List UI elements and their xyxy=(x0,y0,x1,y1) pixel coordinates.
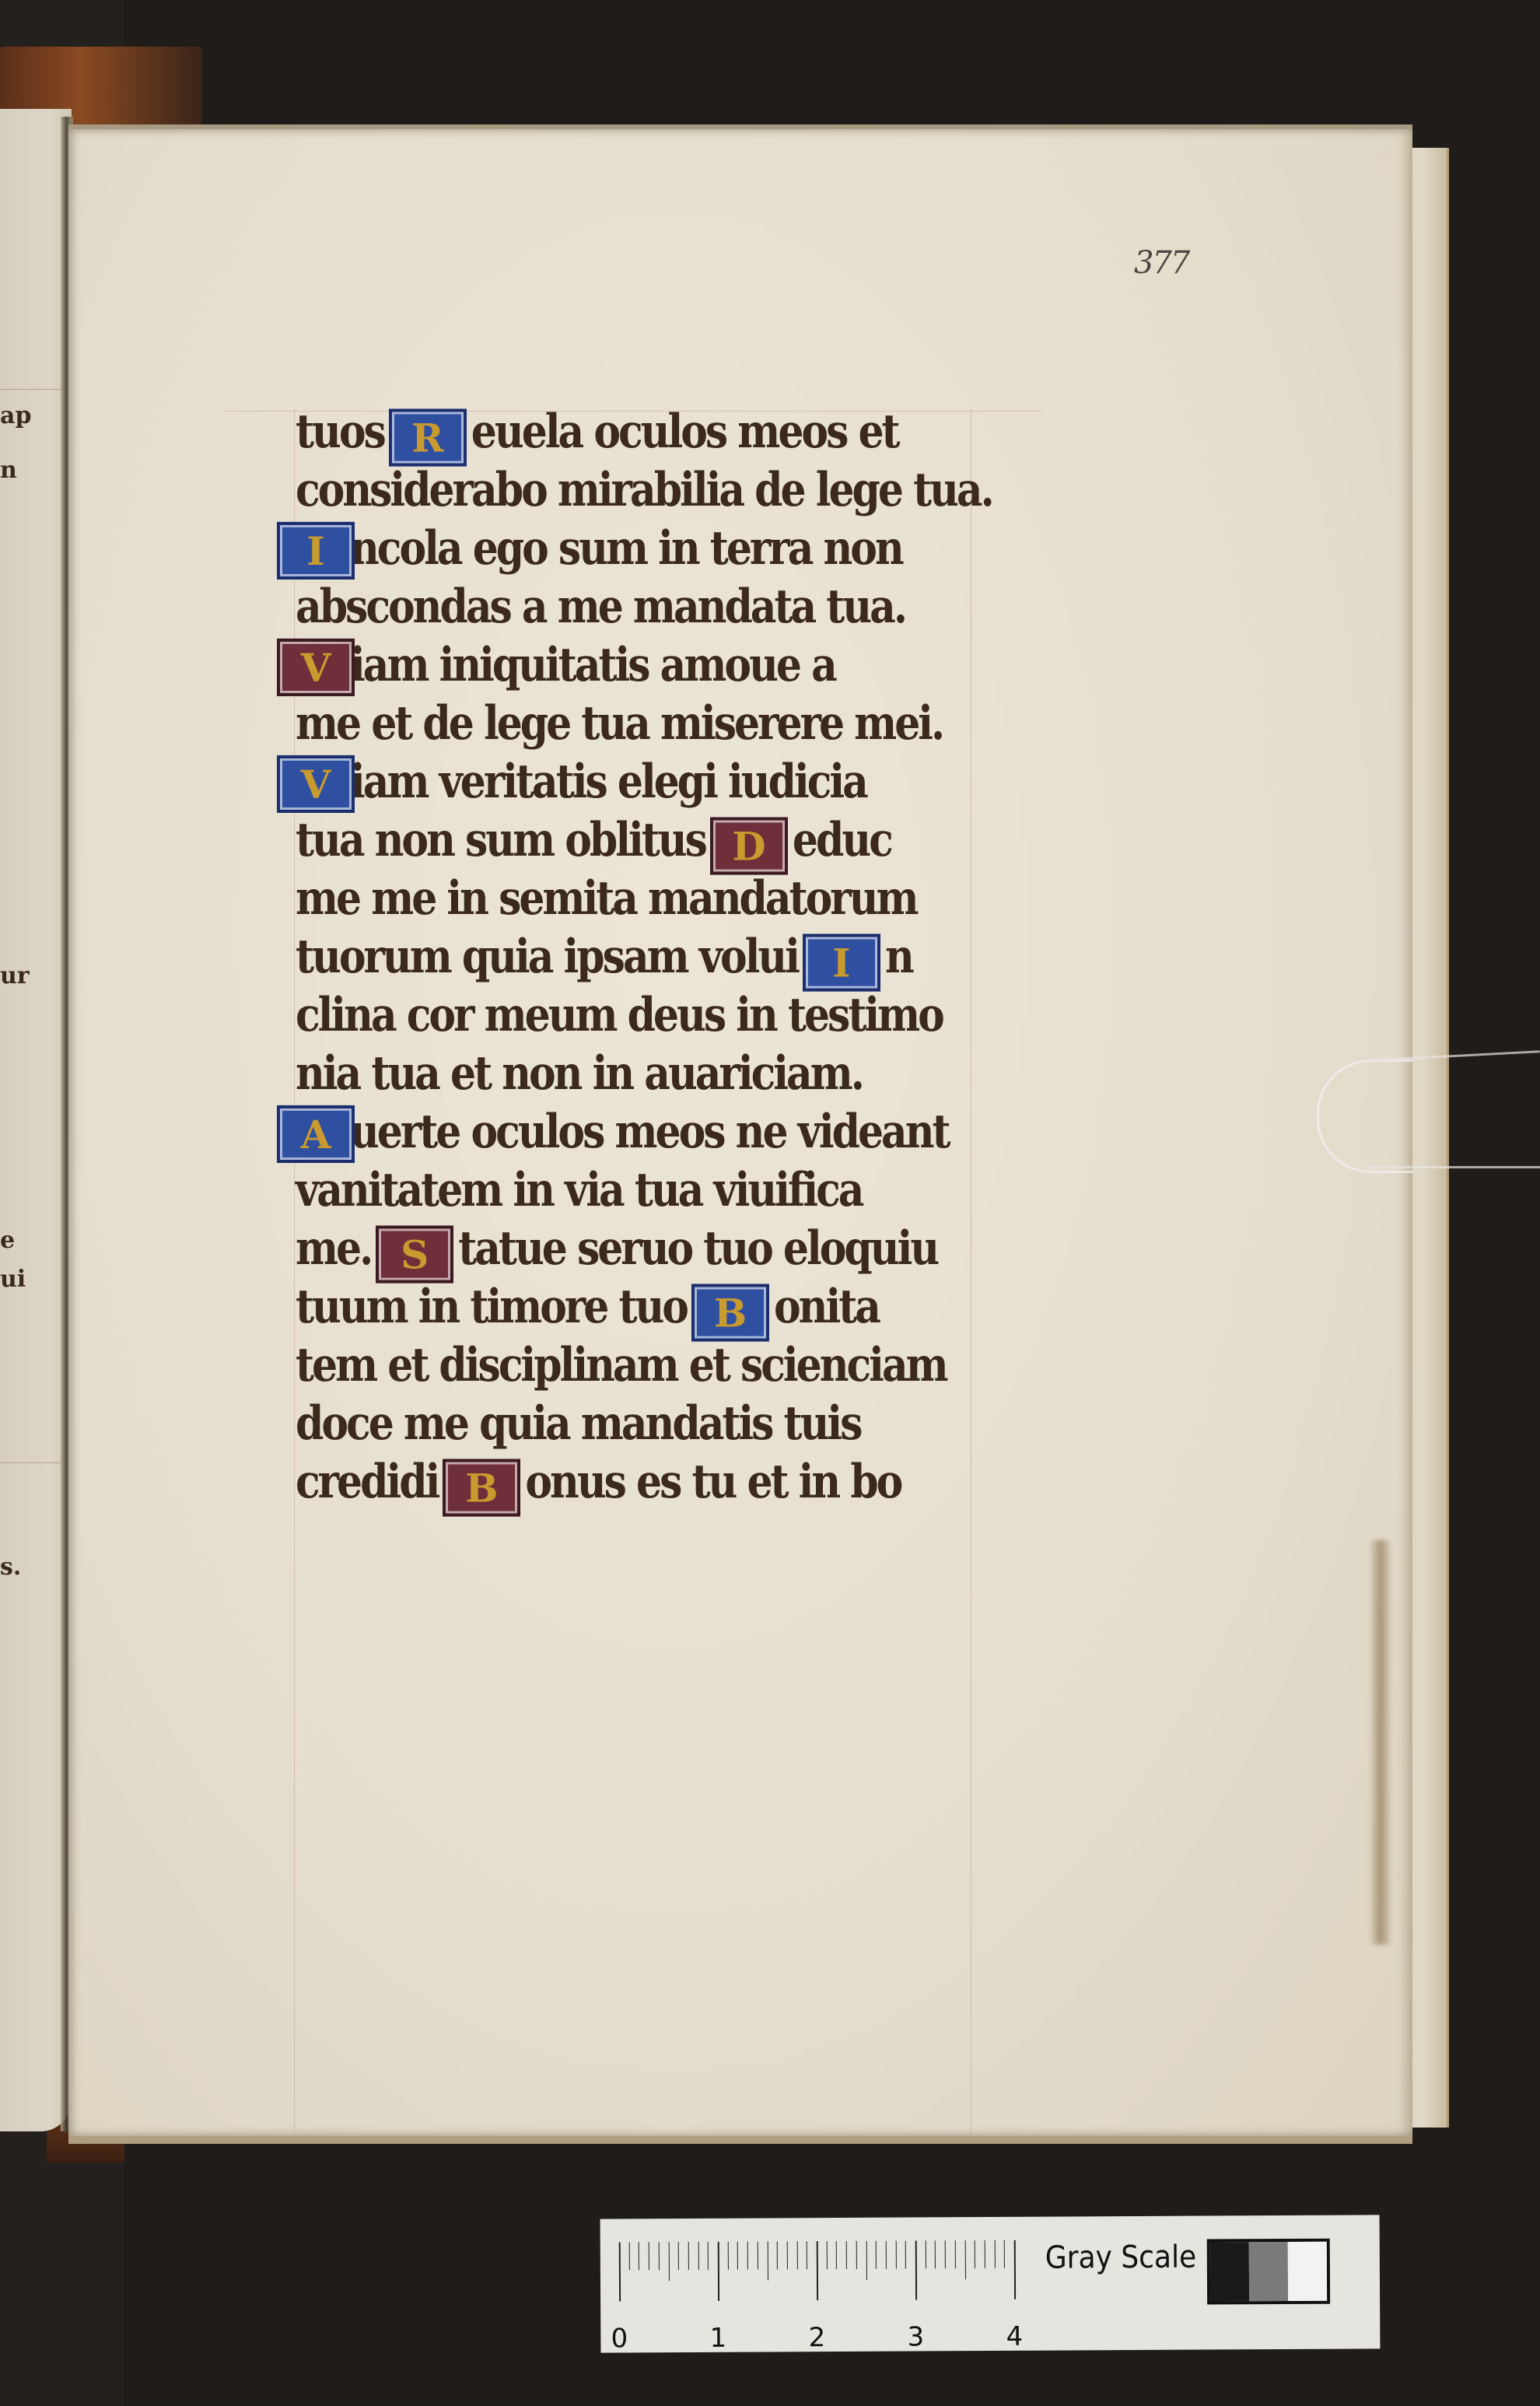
scale-bar: 01234 Gray Scale xyxy=(600,2215,1381,2352)
text-line: tem et disciplinam et scienciam xyxy=(296,1338,996,1405)
illuminated-initial: B xyxy=(443,1459,520,1517)
ruler-label: 4 xyxy=(1006,2321,1023,2352)
ruler-tick xyxy=(1004,2240,1005,2268)
text-line: credidiBonus es tu et in bo xyxy=(296,1455,996,1522)
ruler: 01234 xyxy=(619,2240,1032,2320)
text-segment: euela oculos meos et xyxy=(471,405,898,459)
ruler-tick xyxy=(678,2242,679,2270)
text-segment: iam veritatis elegi iudicia xyxy=(350,755,866,809)
text-segment: educ xyxy=(793,813,891,867)
ruler-tick xyxy=(777,2241,778,2269)
ruler-label: 2 xyxy=(808,2322,825,2353)
ruler-label: 3 xyxy=(907,2321,924,2352)
text-segment: uerte oculos meos ne videant xyxy=(350,1105,949,1159)
illuminated-initial: R xyxy=(389,409,467,467)
water-stain xyxy=(1369,1540,1392,1945)
text-segment: nia tua et non in auariciam. xyxy=(296,1046,863,1101)
ruler-tick xyxy=(787,2241,788,2269)
ruler-tick xyxy=(856,2241,857,2269)
text-segment: considerabo mirabilia de lege tua. xyxy=(296,463,992,517)
swatch-white xyxy=(1288,2242,1327,2301)
ruler-tick xyxy=(619,2242,621,2301)
verso-text-fragment: ur xyxy=(0,965,30,988)
illuminated-initial: I xyxy=(277,522,355,580)
ruler-tick xyxy=(915,2240,917,2299)
text-segment: onita xyxy=(774,1280,879,1334)
ruler-tick xyxy=(747,2242,748,2270)
ruler-tick xyxy=(807,2241,807,2269)
ruler-tick xyxy=(994,2240,995,2268)
text-line: tuum in timore tuoBonita xyxy=(296,1280,996,1347)
text-line: Viam veritatis elegi iudicia xyxy=(296,755,996,821)
verso-text-fragment: e xyxy=(0,1229,15,1252)
text-segment: onus es tu et in bo xyxy=(525,1455,901,1509)
swatch-black xyxy=(1210,2242,1249,2301)
ruler-tick xyxy=(975,2240,975,2268)
verso-ruling-line xyxy=(0,389,62,390)
ruler-tick xyxy=(639,2242,639,2270)
text-line: considerabo mirabilia de lege tua. xyxy=(296,463,996,530)
ruler-tick xyxy=(688,2242,689,2270)
ruler-tick xyxy=(955,2240,956,2268)
text-segment: tem et disciplinam et scienciam xyxy=(296,1338,947,1392)
text-segment: tuum in timore tuo xyxy=(296,1280,687,1334)
ruler-tick xyxy=(935,2240,936,2268)
illuminated-initial: D xyxy=(710,818,788,875)
verso-text-fragment: s. xyxy=(0,1556,21,1579)
ruler-tick xyxy=(737,2242,738,2270)
gray-scale-swatch xyxy=(1207,2239,1330,2305)
ruler-tick xyxy=(866,2241,866,2280)
text-line: abscondas a me mandata tua. xyxy=(296,580,996,646)
text-segment: iam iniquitatis amoue a xyxy=(350,638,835,692)
ruler-tick xyxy=(628,2242,629,2270)
ruler-tick xyxy=(649,2242,649,2270)
ruler-tick xyxy=(826,2241,827,2269)
ruler-tick xyxy=(964,2240,965,2279)
text-line: tuosReuela oculos meos et xyxy=(296,405,996,471)
text-line: me me in semita mandatorum xyxy=(296,871,996,938)
ruler-tick xyxy=(727,2242,728,2270)
illuminated-initial: V xyxy=(277,639,355,696)
illuminated-initial: A xyxy=(277,1105,355,1163)
illuminated-initial: B xyxy=(691,1284,769,1342)
text-segment: doce me quia mandatis tuis xyxy=(296,1396,860,1451)
text-segment: tuorum quia ipsam volui xyxy=(296,930,798,984)
text-segment: me. xyxy=(296,1221,371,1276)
text-line: clina cor meum deus in testimo xyxy=(296,988,996,1055)
gray-scale-label: Gray Scale xyxy=(1045,2240,1197,2276)
text-segment: abscondas a me mandata tua. xyxy=(296,580,905,634)
ruler-tick xyxy=(886,2241,887,2269)
text-segment: tua non sum oblitus xyxy=(296,813,705,867)
text-segment: ncola ego sum in terra non xyxy=(350,521,902,576)
ruler-tick xyxy=(876,2241,877,2269)
text-line: tuorum quia ipsam voluiIn xyxy=(296,930,996,996)
text-line: Viam iniquitatis amoue a xyxy=(296,638,996,705)
ruler-tick xyxy=(895,2241,896,2269)
ruler-tick xyxy=(925,2240,926,2268)
ruler-tick xyxy=(668,2242,669,2281)
page-clip-arm xyxy=(1365,1166,1540,1168)
text-line: tua non sum oblitusDeduc xyxy=(296,813,996,880)
verso-text-fragment: ap xyxy=(0,405,31,428)
ruler-tick xyxy=(718,2242,719,2301)
ruler-label: 1 xyxy=(709,2323,726,2354)
ruler-tick xyxy=(817,2241,818,2300)
page-clip xyxy=(1317,1059,1412,1173)
text-segment: tuos xyxy=(296,405,384,459)
ruler-tick xyxy=(836,2241,837,2269)
illuminated-initial: I xyxy=(803,934,880,992)
verso-text-fragment: ui xyxy=(0,1268,26,1291)
text-line: nia tua et non in auariciam. xyxy=(296,1046,996,1113)
verso-text-fragment: n xyxy=(0,459,17,482)
ruler-tick xyxy=(698,2242,698,2270)
text-line: me.Statue seruo tuo eloquiu xyxy=(296,1221,996,1288)
text-line: doce me quia mandatis tuis xyxy=(296,1396,996,1463)
text-line: Auerte oculos meos ne videant xyxy=(296,1105,996,1171)
ruler-tick xyxy=(985,2240,985,2268)
swatch-gray xyxy=(1249,2242,1288,2301)
ruler-tick xyxy=(945,2240,946,2268)
text-segment: clina cor meum deus in testimo xyxy=(296,988,943,1042)
text-segment: me et de lege tua miserere mei. xyxy=(296,696,943,751)
text-line: Incola ego sum in terra non xyxy=(296,521,996,588)
folio-number: 377 xyxy=(1134,245,1188,281)
text-segment: me me in semita mandatorum xyxy=(296,871,917,926)
text-segment: credidi xyxy=(296,1455,438,1509)
ruler-tick xyxy=(708,2242,709,2270)
illuminated-initial: S xyxy=(376,1226,453,1284)
ruler-tick xyxy=(659,2242,660,2270)
ruler-tick xyxy=(767,2241,768,2280)
text-block: tuosReuela oculos meos etconsiderabo mir… xyxy=(296,405,996,1513)
ruler-tick xyxy=(846,2241,847,2269)
ruler-tick xyxy=(905,2241,906,2269)
ruler-tick xyxy=(758,2242,758,2270)
illuminated-initial: V xyxy=(277,755,355,813)
verso-ruling-line xyxy=(0,1462,62,1463)
text-line: vanitatem in via tua viuifica xyxy=(296,1163,996,1230)
text-segment: vanitatem in via tua viuifica xyxy=(296,1163,862,1217)
text-segment: n xyxy=(885,930,912,984)
text-segment: tatue seruo tuo eloquiu xyxy=(458,1221,937,1276)
ruler-tick xyxy=(796,2241,797,2269)
ruler-label: 0 xyxy=(611,2323,628,2354)
text-line: me et de lege tua miserere mei. xyxy=(296,696,996,763)
ruler-tick xyxy=(1014,2240,1016,2299)
